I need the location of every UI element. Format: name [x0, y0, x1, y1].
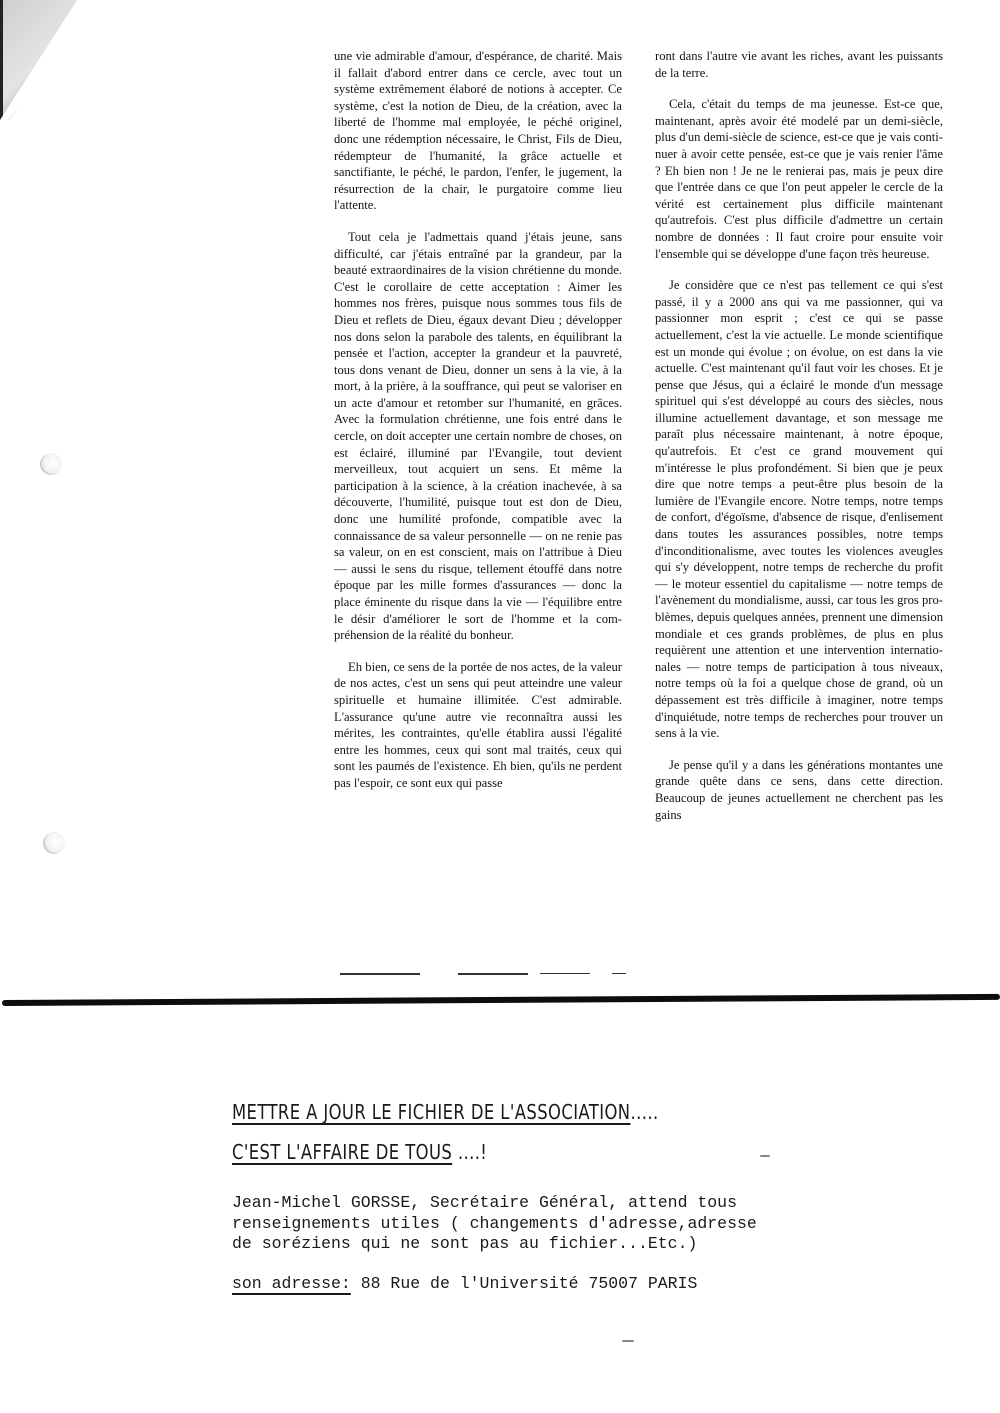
article-right-column: ront dans l'autre vie avant les riches, … [655, 48, 943, 838]
address-value: 88 Rue de l'Université 75007 PARIS [351, 1274, 698, 1293]
article-paragraph: Je considère que ce n'est pas tellement … [655, 277, 943, 742]
section-divider-rule [2, 994, 1000, 1006]
headline-1-suffix: ..... [630, 1100, 658, 1124]
headline-2-underlined: C'EST L'AFFAIRE DE TOUS [232, 1140, 452, 1164]
print-crop-marks [340, 973, 640, 977]
article-paragraph: Eh bien, ce sens de la portée de nos act… [334, 659, 622, 792]
folded-page-corner [0, 0, 96, 120]
address-label: son adresse: [232, 1274, 351, 1293]
article-paragraph: Tout cela je l'admettais quand j'étais j… [334, 229, 622, 644]
punch-hole-mark [40, 453, 62, 475]
article-paragraph: ront dans l'autre vie avant les riches, … [655, 48, 943, 81]
scan-speck [760, 1155, 770, 1157]
scan-speck [622, 1340, 634, 1342]
punch-hole-mark [43, 832, 65, 854]
notice-headline-1: METTRE A JOUR LE FICHIER DE L'ASSOCIATIO… [232, 1100, 659, 1124]
notice-body-text: Jean-Michel GORSSE, Secrétaire Général, … [232, 1193, 912, 1255]
headline-1-underlined: METTRE A JOUR LE FICHIER DE L'ASSOCIATIO… [232, 1100, 630, 1124]
notice-headline-2: C'EST L'AFFAIRE DE TOUS ....! [232, 1140, 487, 1164]
article-paragraph: une vie admirable d'amour, d'espérance, … [334, 48, 622, 214]
article-left-column: une vie admirable d'amour, d'espérance, … [334, 48, 622, 807]
headline-2-suffix: ....! [452, 1140, 487, 1164]
article-paragraph: Cela, c'était du temps de ma jeunesse. E… [655, 96, 943, 262]
notice-address: son adresse: 88 Rue de l'Université 7500… [232, 1274, 697, 1293]
article-paragraph: Je pense qu'il y a dans les générations … [655, 757, 943, 823]
